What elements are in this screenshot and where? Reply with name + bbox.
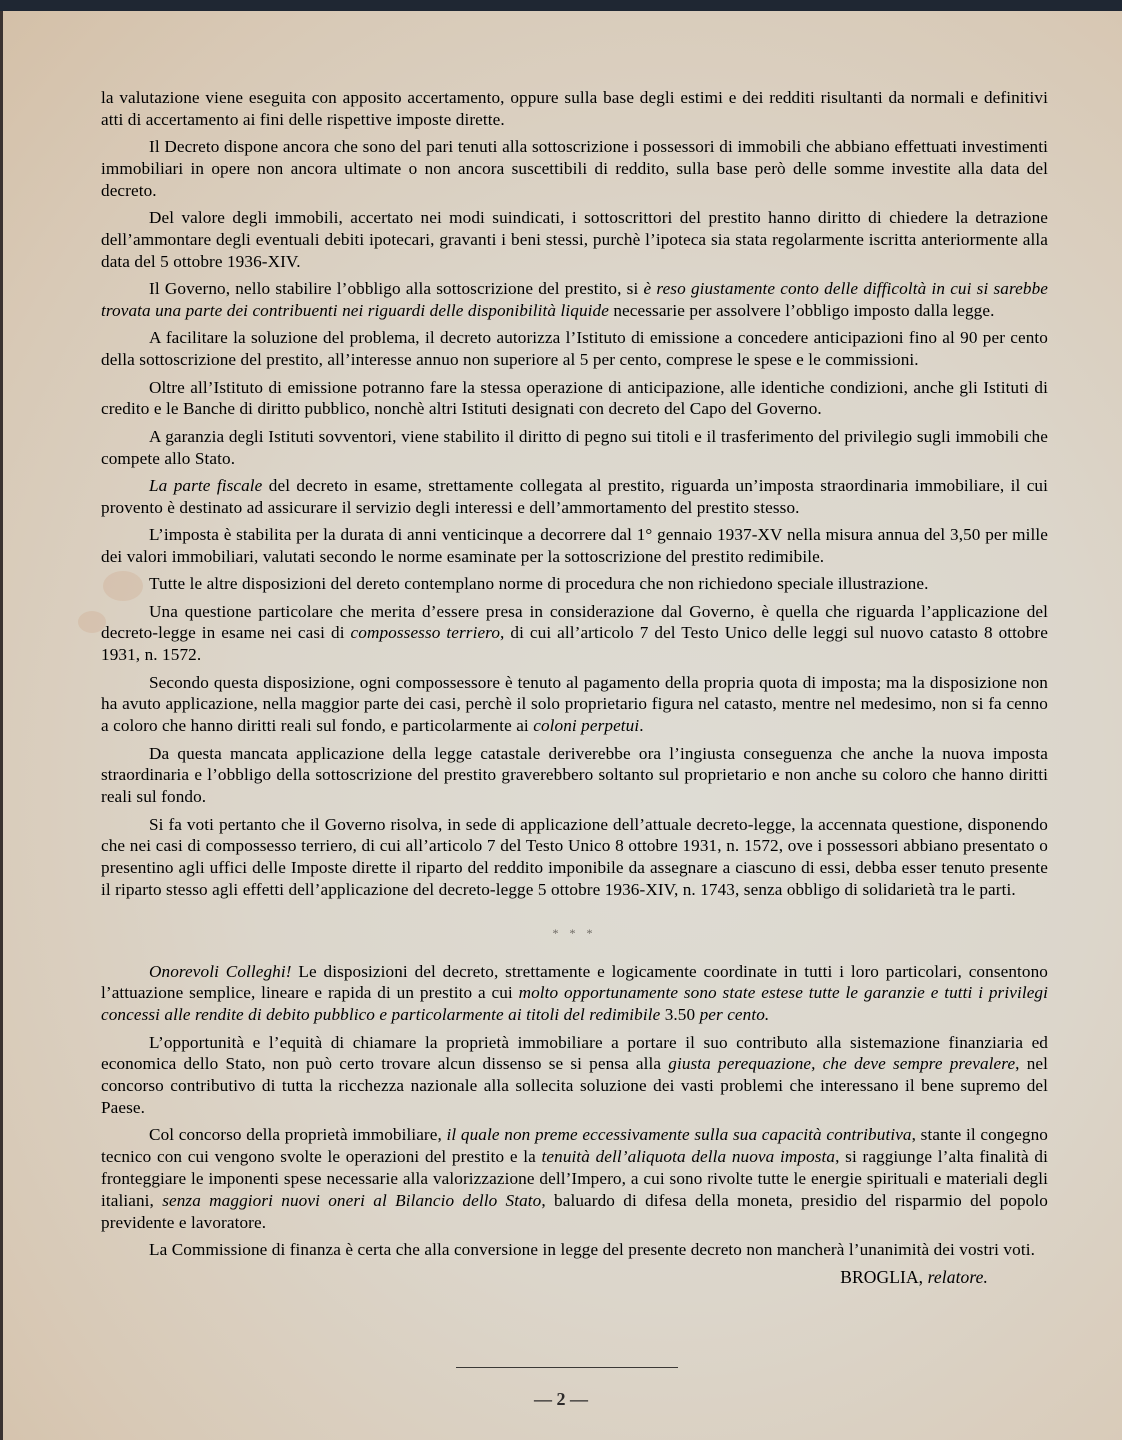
text: .: [639, 716, 643, 735]
paragraph: la valutazione viene eseguita con apposi…: [101, 87, 1048, 131]
text: Il Decreto dispone ancora che sono del p…: [101, 137, 1048, 200]
text: A facilitare la soluzione del problema, …: [101, 328, 1048, 369]
paragraph: Una questione particolare che merita d’e…: [101, 601, 1048, 666]
page-number: — 2 —: [0, 1389, 1122, 1410]
italic-text: Onorevoli Colleghi!: [149, 962, 292, 981]
italic-text: per cento.: [700, 1005, 770, 1024]
text: Col concorso della proprietà immobiliare…: [149, 1125, 447, 1144]
closing-section: Onorevoli Colleghi! Le disposizioni del …: [101, 961, 1048, 1261]
italic-text: senza maggiori nuovi oneri al Bilancio d…: [162, 1191, 541, 1210]
paragraph: Si fa voti pertanto che il Governo risol…: [101, 814, 1048, 901]
italic-text: compossesso terriero: [351, 623, 500, 642]
text: A garanzia degli Istituti sovventori, vi…: [101, 427, 1048, 468]
footer-rule: [456, 1367, 678, 1368]
italic-text: giusta perequazione, che deve sempre pre…: [668, 1054, 1015, 1073]
paragraph: La Commissione di finanza è certa che al…: [101, 1239, 1048, 1261]
italic-text: coloni perpetui: [533, 716, 639, 735]
paragraph: Il Governo, nello stabilire l’obbligo al…: [101, 278, 1048, 322]
paragraph: Onorevoli Colleghi! Le disposizioni del …: [101, 961, 1048, 1026]
paragraph: Oltre all’Istituto di emissione potranno…: [101, 377, 1048, 421]
italic-text: il quale non preme eccessivamente sulla …: [447, 1125, 912, 1144]
text: L’imposta è stabilita per la durata di a…: [101, 525, 1048, 566]
text: Da questa mancata applicazione della leg…: [101, 744, 1048, 807]
signature-role: relatore.: [928, 1267, 988, 1287]
text: Si fa voti pertanto che il Governo risol…: [101, 815, 1048, 899]
text: 3.50: [660, 1005, 699, 1024]
paragraph: Da questa mancata applicazione della leg…: [101, 743, 1048, 808]
paragraph: L’imposta è stabilita per la durata di a…: [101, 524, 1048, 568]
paragraph: Col concorso della proprietà immobiliare…: [101, 1124, 1048, 1233]
text: Tutte le altre disposizioni del dereto c…: [149, 574, 928, 593]
signature-name: BROGLIA,: [840, 1267, 923, 1287]
paragraph: A facilitare la soluzione del problema, …: [101, 327, 1048, 371]
italic-text: La parte fiscale: [149, 476, 262, 495]
text: Del valore degli immobili, accertato nei…: [101, 208, 1048, 271]
paragraph: L’opportunità e l’equità di chiamare la …: [101, 1032, 1048, 1119]
text: Oltre all’Istituto di emissione potranno…: [101, 378, 1048, 419]
paragraph: Secondo questa disposizione, ogni compos…: [101, 672, 1048, 737]
paragraph: La parte fiscale del decreto in esame, s…: [101, 475, 1048, 519]
paragraph: Il Decreto dispone ancora che sono del p…: [101, 136, 1048, 201]
paragraph: Del valore degli immobili, accertato nei…: [101, 207, 1048, 272]
section-separator: * * *: [101, 923, 1048, 945]
signature: BROGLIA, relatore.: [101, 1267, 1048, 1289]
main-section: la valutazione viene eseguita con apposi…: [101, 87, 1048, 901]
document-body: la valutazione viene eseguita con apposi…: [101, 87, 1048, 1289]
paragraph: A garanzia degli Istituti sovventori, vi…: [101, 426, 1048, 470]
italic-text: tenuità dell’aliquota della nuova impost…: [542, 1147, 836, 1166]
text: la valutazione viene eseguita con apposi…: [101, 88, 1048, 129]
text: Il Governo, nello stabilire l’obbligo al…: [149, 279, 644, 298]
text: La Commissione di finanza è certa che al…: [149, 1240, 1035, 1259]
paragraph: Tutte le altre disposizioni del dereto c…: [101, 573, 1048, 595]
text: necessarie per assolvere l’obbligo impos…: [609, 301, 995, 320]
